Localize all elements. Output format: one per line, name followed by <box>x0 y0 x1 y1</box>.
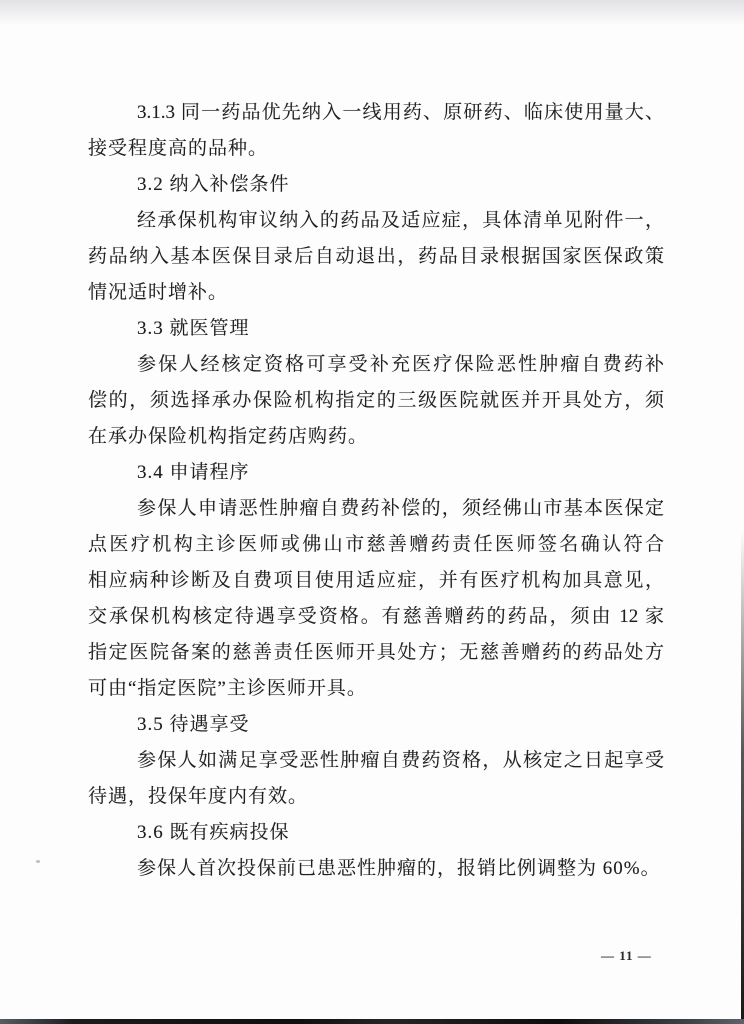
page-number: — 11 — <box>601 948 652 964</box>
section-heading: 3.4 申请程序 <box>88 455 664 491</box>
section-heading: 3.6 既有疾病投保 <box>88 815 664 851</box>
paragraph-line: 3.1.3 同一药品优先纳入一线用药、原研药、临床使用量大、 <box>88 95 664 131</box>
paragraph-line: 参保人申请恶性肿瘤自费药补偿的，须经佛山市基本医保定 <box>88 491 664 527</box>
paragraph-line: 点医疗机构主诊医师或佛山市慈善赠药责任医师签名确认符合 <box>88 527 664 563</box>
paragraph-line: 情况适时增补。 <box>88 275 664 311</box>
paragraph-line: 相应病种诊断及自费项目使用适应症，并有医疗机构加具意见， <box>88 563 664 599</box>
paragraph-line: 经承保机构审议纳入的药品及适应症，具体清单见附件一， <box>88 203 664 239</box>
paragraph-line: 在承办保险机构指定药店购药。 <box>88 419 664 455</box>
paragraph-line: 交承保机构核定待遇享受资格。有慈善赠药的药品，须由 12 家 <box>88 599 664 635</box>
paragraph-line: 指定医院备案的慈善责任医师开具处方；无慈善赠药的药品处方 <box>88 635 664 671</box>
paragraph-line: 药品纳入基本医保目录后自动退出，药品目录根据国家医保政策 <box>88 239 664 275</box>
scan-speck <box>36 860 40 863</box>
paragraph-line: 待遇，投保年度内有效。 <box>88 779 664 815</box>
paragraph-line: 参保人如满足享受恶性肿瘤自费药资格，从核定之日起享受 <box>88 743 664 779</box>
paragraph-line: 可由“指定医院”主诊医师开具。 <box>88 671 664 707</box>
section-heading: 3.3 就医管理 <box>88 311 664 347</box>
scan-top-shade <box>0 0 744 26</box>
paragraph-line: 偿的，须选择承办保险机构指定的三级医院就医并开具处方，须 <box>88 383 664 419</box>
section-heading: 3.5 待遇享受 <box>88 707 664 743</box>
document-body: 3.1.3 同一药品优先纳入一线用药、原研药、临床使用量大、接受程度高的品种。3… <box>88 95 664 887</box>
paragraph-line: 参保人经核定资格可享受补充医疗保险恶性肿瘤自费药补 <box>88 347 664 383</box>
section-heading: 3.2 纳入补偿条件 <box>88 167 664 203</box>
paragraph-line: 参保人首次投保前已患恶性肿瘤的，报销比例调整为 60%。 <box>88 851 664 887</box>
scan-bottom-edge <box>0 1019 744 1024</box>
document-page: 3.1.3 同一药品优先纳入一线用药、原研药、临床使用量大、接受程度高的品种。3… <box>0 0 744 1024</box>
paragraph-line: 接受程度高的品种。 <box>88 131 664 167</box>
